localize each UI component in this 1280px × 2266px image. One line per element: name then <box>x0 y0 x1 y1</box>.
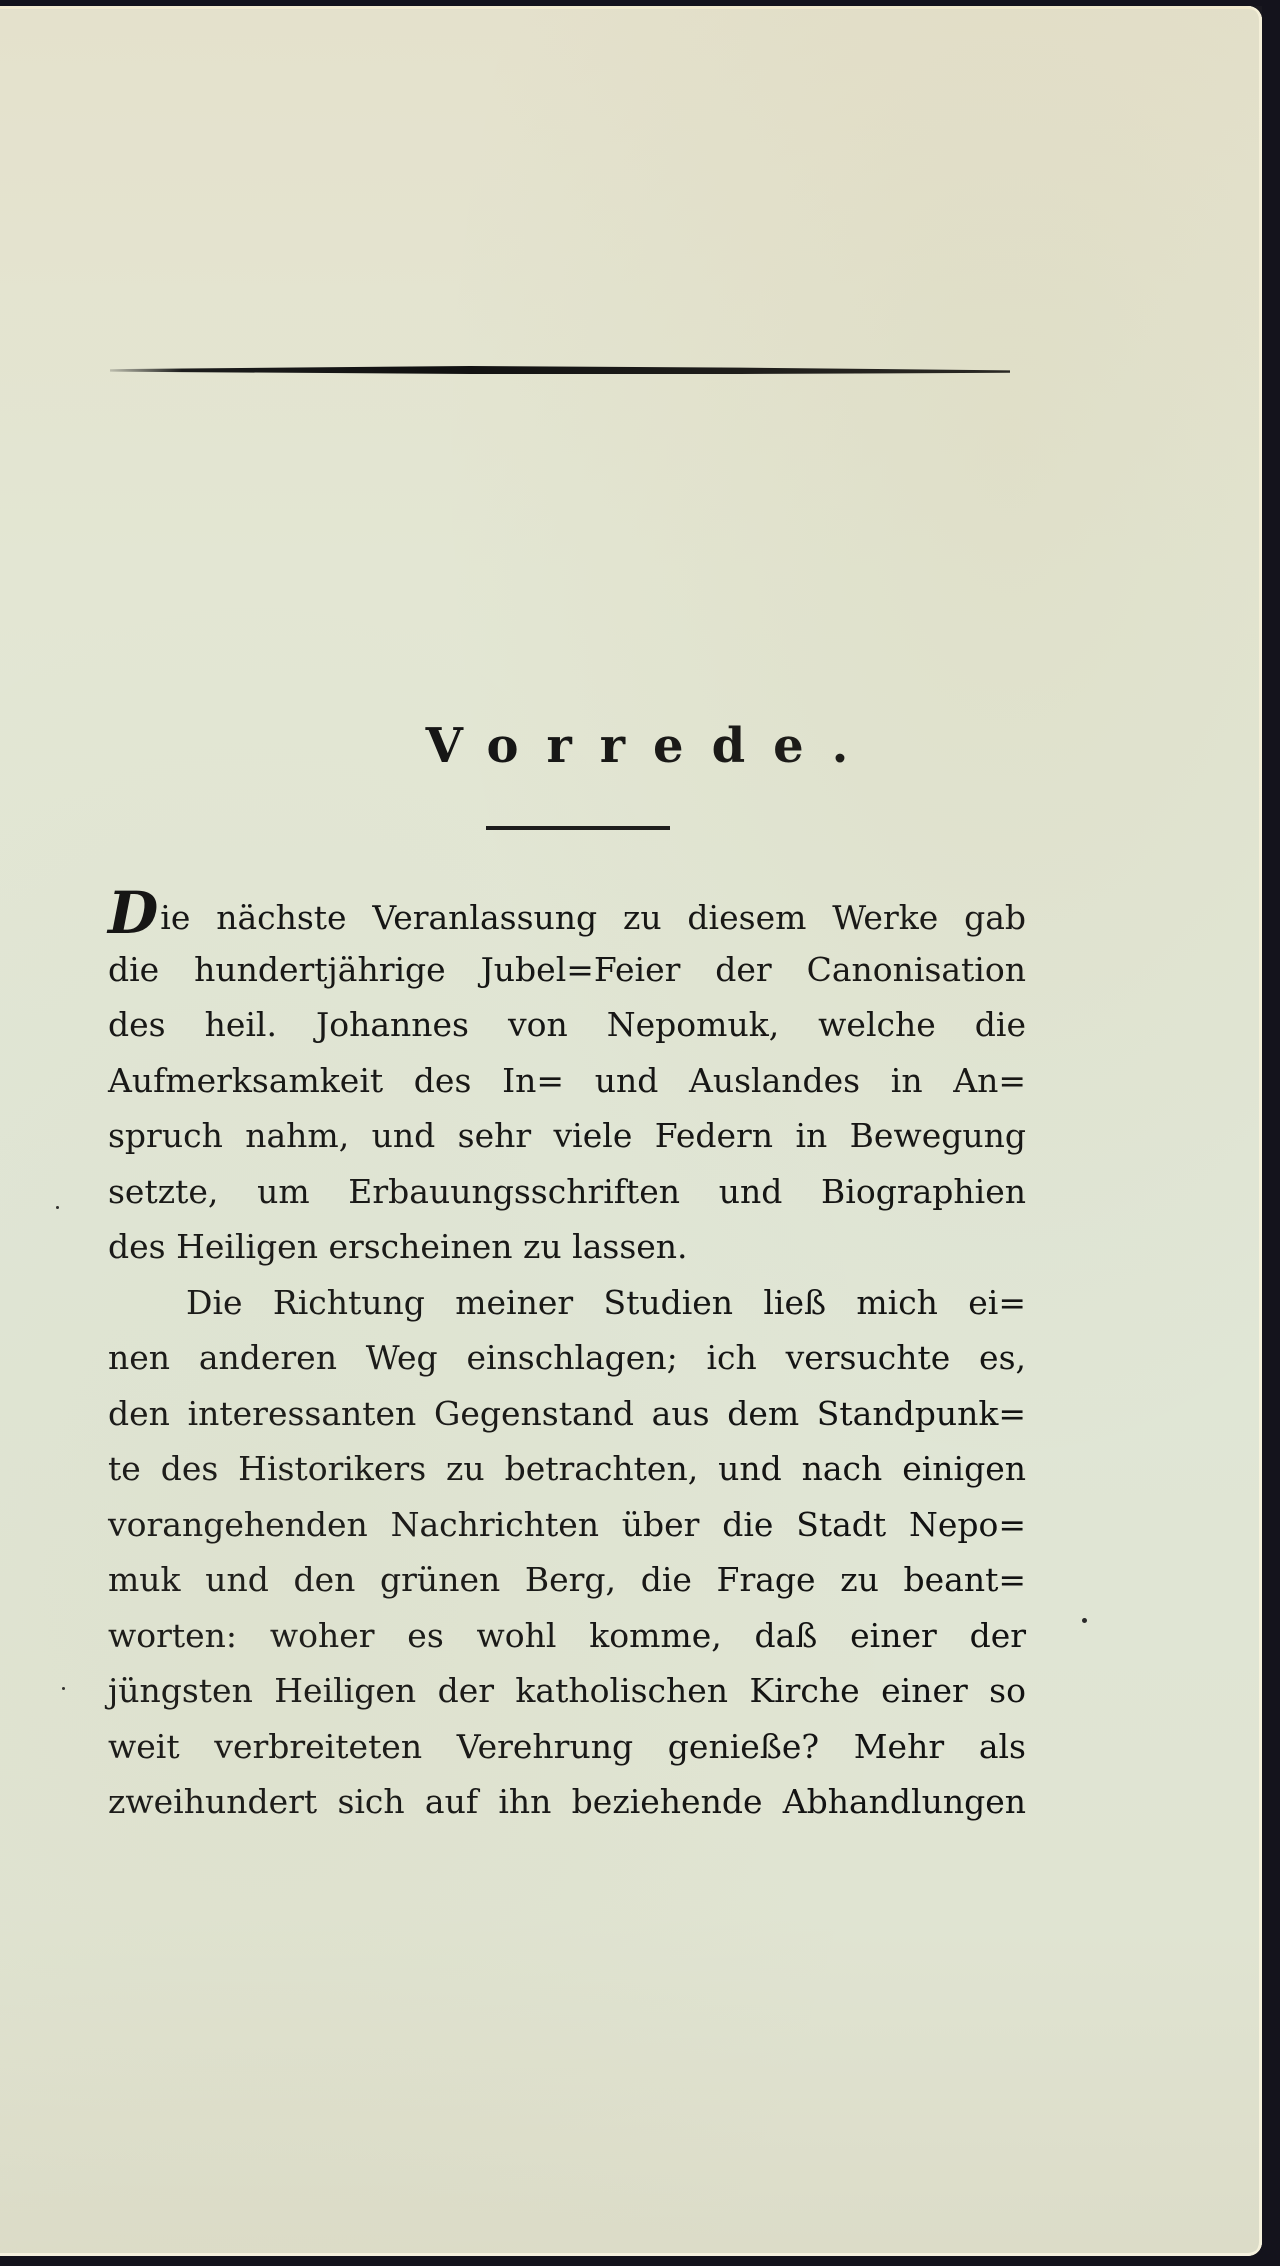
scanned-page-view: Vorrede. Die nächste Veranlassung zu die… <box>0 0 1280 2266</box>
text-line: nen anderen Weg einschlagen; ich versuch… <box>108 1330 1026 1386</box>
ink-speck <box>1082 1618 1087 1623</box>
body-text: Die nächste Veranlassung zu diesem Werke… <box>108 886 1026 1830</box>
text-line: worten: woher es wohl komme, daß einer d… <box>108 1608 1026 1664</box>
text-line: Die Richtung meiner Studien ließ mich ei… <box>108 1275 1026 1331</box>
drop-cap: D <box>108 879 158 947</box>
text-line: Die nächste Veranlassung zu diesem Werke… <box>108 886 1026 942</box>
text-line: den interessanten Gegenstand aus dem Sta… <box>108 1386 1026 1442</box>
text-line: Aufmerksamkeit des In= und Auslandes in … <box>108 1053 1026 1109</box>
text-line: setzte, um Erbauungsschriften und Biogra… <box>108 1164 1026 1220</box>
text-line: vorangehenden Nachrichten über die Stadt… <box>108 1497 1026 1553</box>
page-title: Vorrede. <box>0 718 1280 774</box>
text-line: te des Historikers zu betrachten, und na… <box>108 1441 1026 1497</box>
text-line: des heil. Johannes von Nepomuk, welche d… <box>108 997 1026 1053</box>
ink-speck <box>56 1206 59 1209</box>
ink-speck <box>62 1687 65 1690</box>
text-line: des Heiligen erscheinen zu lassen. <box>108 1219 1026 1275</box>
header-ornamental-rule <box>110 366 1010 374</box>
text-line: jüngsten Heiligen der katholischen Kirch… <box>108 1663 1026 1719</box>
title-underline-rule <box>486 826 670 830</box>
text-line: zweihundert sich auf ihn beziehende Abha… <box>108 1774 1026 1830</box>
text-line: die hundertjährige Jubel=Feier der Canon… <box>108 942 1026 998</box>
book-page: Vorrede. Die nächste Veranlassung zu die… <box>0 6 1262 2256</box>
text-line: muk und den grünen Berg, die Frage zu be… <box>108 1552 1026 1608</box>
text-line: weit verbreiteten Verehrung genieße? Meh… <box>108 1719 1026 1775</box>
text-line: spruch nahm, und sehr viele Federn in Be… <box>108 1108 1026 1164</box>
